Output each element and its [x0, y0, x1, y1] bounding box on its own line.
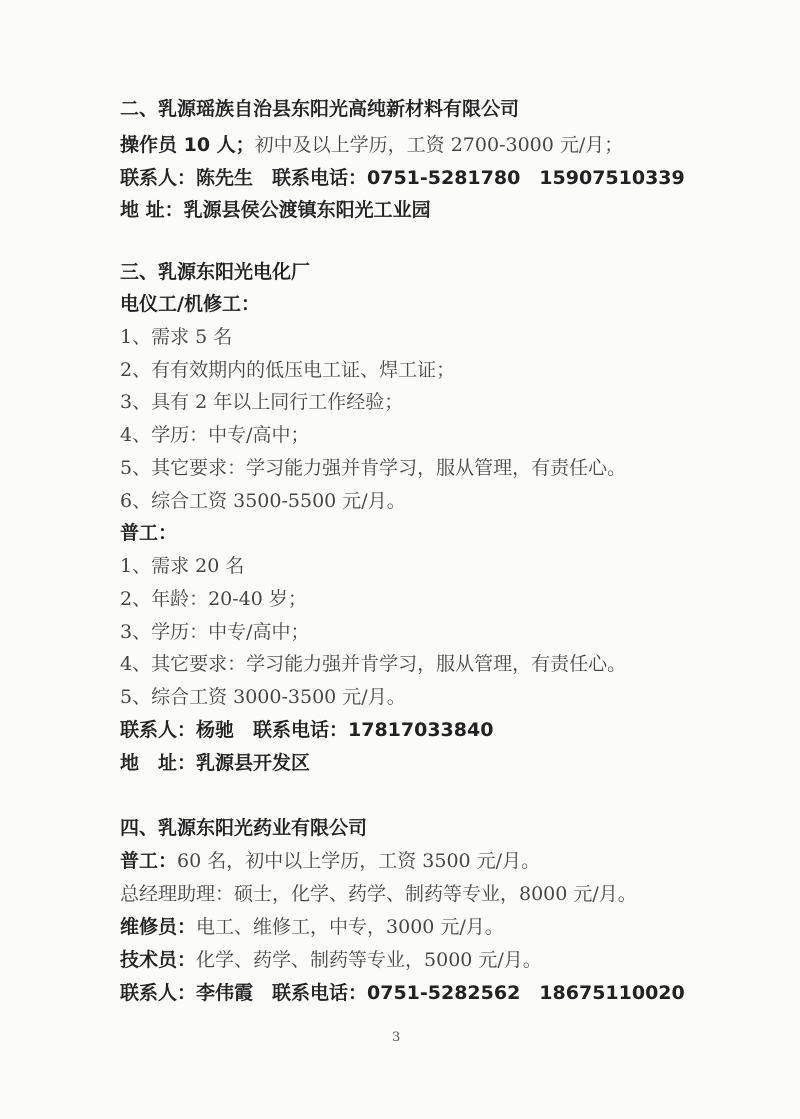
section2-address: 地 址：乳源县侯公渡镇东阳光工业园 [120, 198, 431, 222]
section3-title: 三、乳源东阳光电化厂 [120, 260, 310, 284]
list-item: 4、学历：中专/高中； [120, 423, 310, 447]
job-label: 普工： [120, 850, 177, 872]
list-item: 6、综合工资 3500-5500 元/月。 [120, 489, 406, 513]
job-detail: 60 名，初中以上学历，工资 3500 元/月。 [177, 850, 540, 872]
section3-address: 地 址：乳源县开发区 [120, 751, 310, 775]
section4-job: 总经理助理：硕士，化学、药学、制药等专业，8000 元/月。 [120, 882, 637, 906]
list-item: 4、其它要求：学习能力强并肯学习，服从管理，有责任心。 [120, 652, 626, 676]
section2-job: 操作员 10 人；初中及以上学历，工资 2700-3000 元/月； [120, 133, 623, 157]
job-label: 技术员： [120, 949, 196, 971]
section4-job: 维修员：电工、维修工，中专，3000 元/月。 [120, 915, 504, 939]
job-detail: 总经理助理：硕士，化学、药学、制药等专业，8000 元/月。 [120, 883, 637, 905]
section3-job1-title: 电仪工/机修工： [120, 292, 260, 316]
section4-job: 普工：60 名，初中以上学历，工资 3500 元/月。 [120, 849, 540, 873]
list-item: 5、其它要求：学习能力强并肯学习，服从管理，有责任心。 [120, 456, 626, 480]
section3-job2-title: 普工： [120, 521, 177, 545]
list-item: 2、年龄：20-40 岁； [120, 587, 307, 611]
list-item: 3、具有 2 年以上同行工作经验； [120, 390, 403, 414]
document-page: 二、乳源瑶族自治县东阳光高纯新材料有限公司 操作员 10 人；初中及以上学历，工… [0, 0, 800, 1119]
section2-job-label: 操作员 10 人； [120, 134, 255, 156]
list-item: 5、综合工资 3000-3500 元/月。 [120, 685, 406, 709]
job-detail: 电工、维修工，中专，3000 元/月。 [196, 916, 504, 938]
section2-contact: 联系人：陈先生 联系电话：0751-5281780 15907510339 [120, 166, 685, 190]
section2-job-detail: 初中及以上学历，工资 2700-3000 元/月； [255, 134, 624, 156]
section4-job: 技术员：化学、药学、制药等专业，5000 元/月。 [120, 948, 542, 972]
list-item: 2、有有效期内的低压电工证、焊工证； [120, 358, 455, 382]
section4-title: 四、乳源东阳光药业有限公司 [120, 816, 367, 840]
job-label: 维修员： [120, 916, 196, 938]
list-item: 1、需求 5 名 [120, 325, 232, 349]
list-item: 3、学历：中专/高中； [120, 620, 310, 644]
section4-contact: 联系人：李伟霞 联系电话：0751-5282562 18675110020 [120, 981, 685, 1005]
job-detail: 化学、药学、制药等专业，5000 元/月。 [196, 949, 542, 971]
list-item: 1、需求 20 名 [120, 554, 244, 578]
page-number: 3 [392, 1030, 400, 1045]
section3-contact: 联系人：杨驰 联系电话：17817033840 [120, 718, 493, 742]
section2-title: 二、乳源瑶族自治县东阳光高纯新材料有限公司 [120, 97, 519, 121]
